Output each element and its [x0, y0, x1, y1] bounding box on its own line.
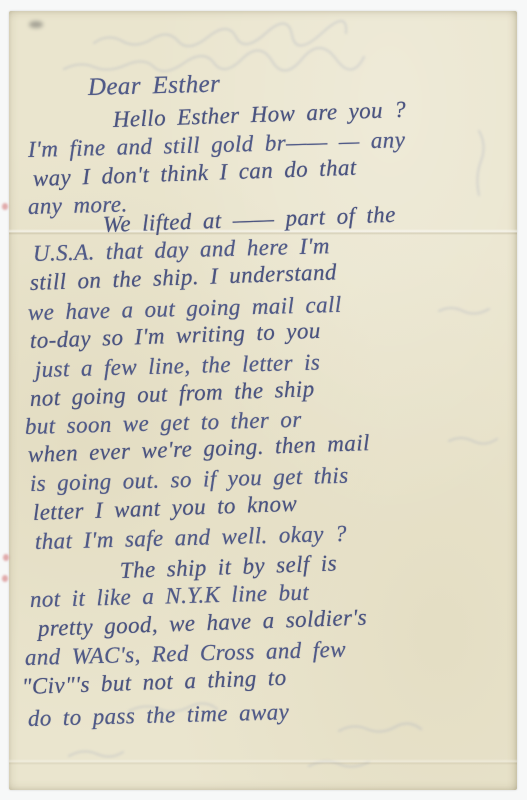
letter-paper: Dear Esther Hello Esther How are you ? I… [9, 11, 517, 790]
letter-line: is going out. so if you get this [30, 463, 349, 497]
edge-smudge [3, 554, 9, 561]
letter-line: do to pass the time away [28, 699, 290, 732]
scanned-letter: { "document": { "type": "handwritten let… [0, 0, 527, 800]
letter-line: Dear Esther [88, 72, 221, 101]
fold-crease [9, 759, 517, 765]
letter-line: and WAC's, Red Cross and few [25, 637, 347, 671]
corner-smudge [29, 21, 43, 28]
letter-line: letter I want you to know [32, 491, 297, 526]
letter-line: We lifted at —— part of the [102, 202, 396, 238]
edge-smudge [2, 575, 8, 582]
edge-smudge [2, 203, 8, 210]
letter-line: that I'm safe and well. okay ? [35, 521, 348, 555]
